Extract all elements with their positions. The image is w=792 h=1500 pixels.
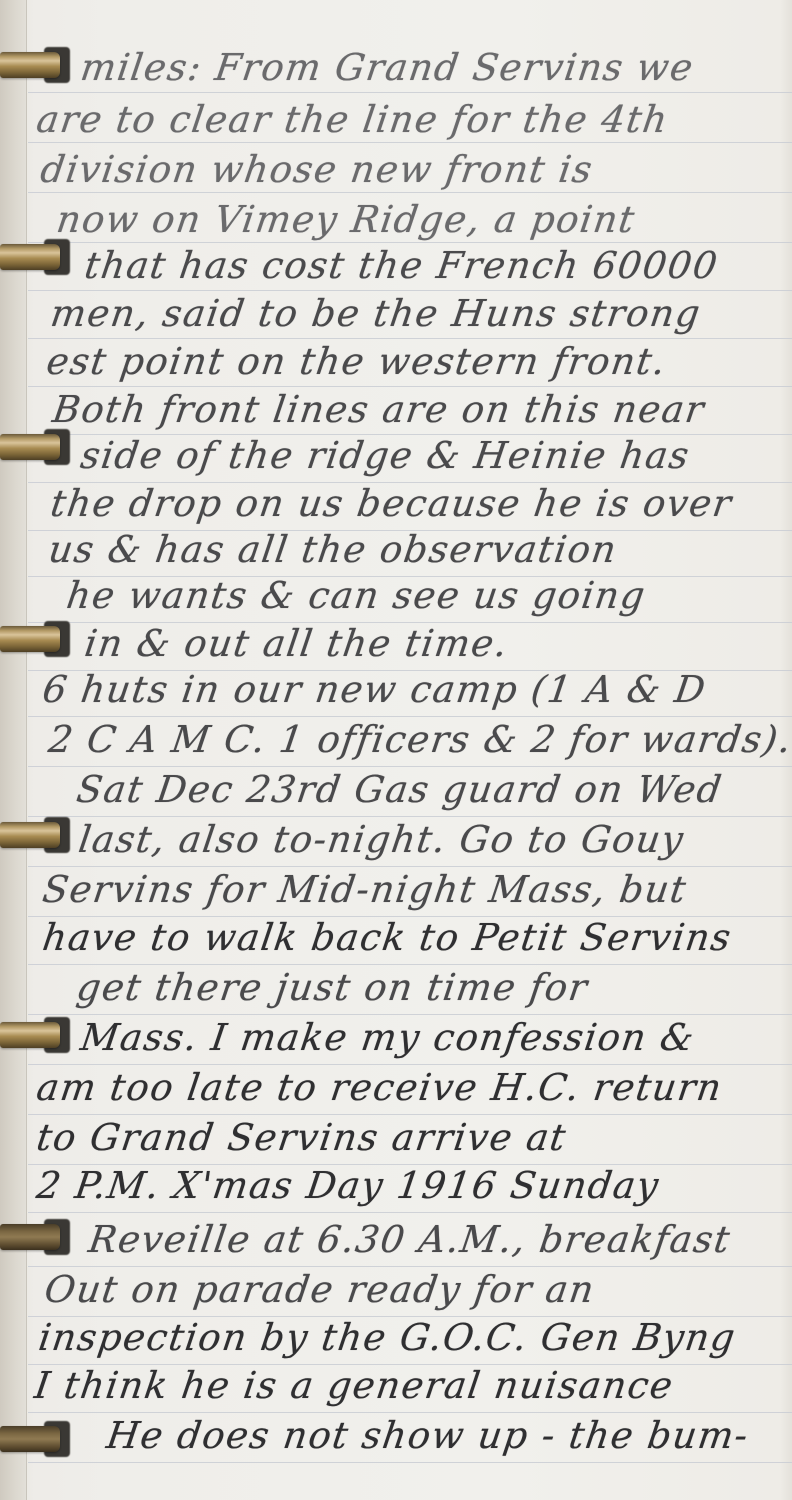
handwritten-line: 6 huts in our new camp (1 A & D: [40, 668, 709, 711]
ruled-line: [28, 766, 792, 767]
handwritten-line: am too late to receive H.C. return: [34, 1066, 725, 1109]
ruled-line: [28, 716, 792, 717]
binding-ring: [0, 1020, 66, 1050]
handwritten-line: He does not show up - the bum-: [104, 1414, 752, 1457]
ring-wire-icon: [0, 626, 60, 652]
handwritten-line: to Grand Servins arrive at: [34, 1116, 570, 1159]
handwritten-line: Sat Dec 23rd Gas guard on Wed: [74, 768, 725, 811]
handwritten-line: Servins for Mid-night Mass, but: [40, 868, 690, 911]
handwritten-line: division whose new front is: [38, 148, 596, 191]
handwritten-line: that has cost the French 60000: [82, 244, 721, 287]
ruled-line: [28, 1064, 792, 1065]
ruled-line: [28, 1462, 792, 1463]
handwritten-line: he wants & can see us going: [64, 574, 649, 617]
handwritten-line: 2 C A M C. 1 officers & 2 for wards).: [46, 718, 792, 761]
ruled-line: [28, 242, 792, 243]
binding-ring: [0, 1424, 66, 1454]
binding-ring: [0, 432, 66, 462]
ruled-line: [28, 338, 792, 339]
ring-wire-icon: [0, 1022, 60, 1048]
binding-ring: [0, 820, 66, 850]
handwritten-line: side of the ridge & Heinie has: [78, 434, 693, 477]
ring-wire-icon: [0, 1224, 60, 1250]
binding-margin: [0, 0, 27, 1500]
ruled-line: [28, 816, 792, 817]
binding-ring: [0, 50, 66, 80]
handwritten-line: the drop on us because he is over: [48, 482, 735, 525]
ruled-line: [28, 1266, 792, 1267]
handwritten-line: Out on parade ready for an: [42, 1268, 598, 1311]
handwritten-line: men, said to be the Huns strong: [48, 292, 704, 335]
handwritten-line: get there just on time for: [74, 966, 591, 1009]
ring-wire-icon: [0, 434, 60, 460]
handwritten-line: I think he is a general nuisance: [32, 1364, 676, 1407]
handwritten-line: are to clear the line for the 4th: [34, 98, 671, 141]
handwritten-line: us & has all the observation: [46, 528, 620, 571]
handwritten-line: Both front lines are on this near: [50, 388, 708, 431]
binding-ring: [0, 624, 66, 654]
ruled-line: [28, 1212, 792, 1213]
ruled-line: [28, 92, 792, 93]
handwritten-line: Mass. I make my confession &: [78, 1016, 698, 1059]
ruled-line: [28, 192, 792, 193]
ruled-line: [28, 290, 792, 291]
handwritten-line: now on Vimey Ridge, a point: [54, 198, 638, 241]
ring-wire-icon: [0, 822, 60, 848]
handwritten-line: have to walk back to Petit Servins: [40, 916, 735, 959]
handwritten-line: 2 P.M. X'mas Day 1916 Sunday: [34, 1164, 662, 1207]
diary-page: miles: From Grand Servins we are to clea…: [0, 0, 792, 1500]
handwritten-line: in & out all the time.: [82, 622, 511, 665]
binding-ring: [0, 242, 66, 272]
ring-wire-icon: [0, 1426, 60, 1452]
ruled-line: [28, 1114, 792, 1115]
ruled-line: [28, 1014, 792, 1015]
handwritten-line: est point on the western front.: [44, 340, 669, 383]
handwritten-line: Reveille at 6.30 A.M., breakfast: [86, 1218, 734, 1261]
ruled-line: [28, 866, 792, 867]
ruled-line: [28, 1412, 792, 1413]
ring-wire-icon: [0, 52, 60, 78]
ruled-line: [28, 386, 792, 387]
binding-ring: [0, 1222, 66, 1252]
ring-wire-icon: [0, 244, 60, 270]
handwritten-line: last, also to-night. Go to Gouy: [76, 818, 687, 861]
ruled-line: [28, 964, 792, 965]
handwritten-line: inspection by the G.O.C. Gen Byng: [36, 1316, 739, 1359]
handwritten-line: miles: From Grand Servins we: [78, 46, 697, 89]
ruled-line: [28, 142, 792, 143]
